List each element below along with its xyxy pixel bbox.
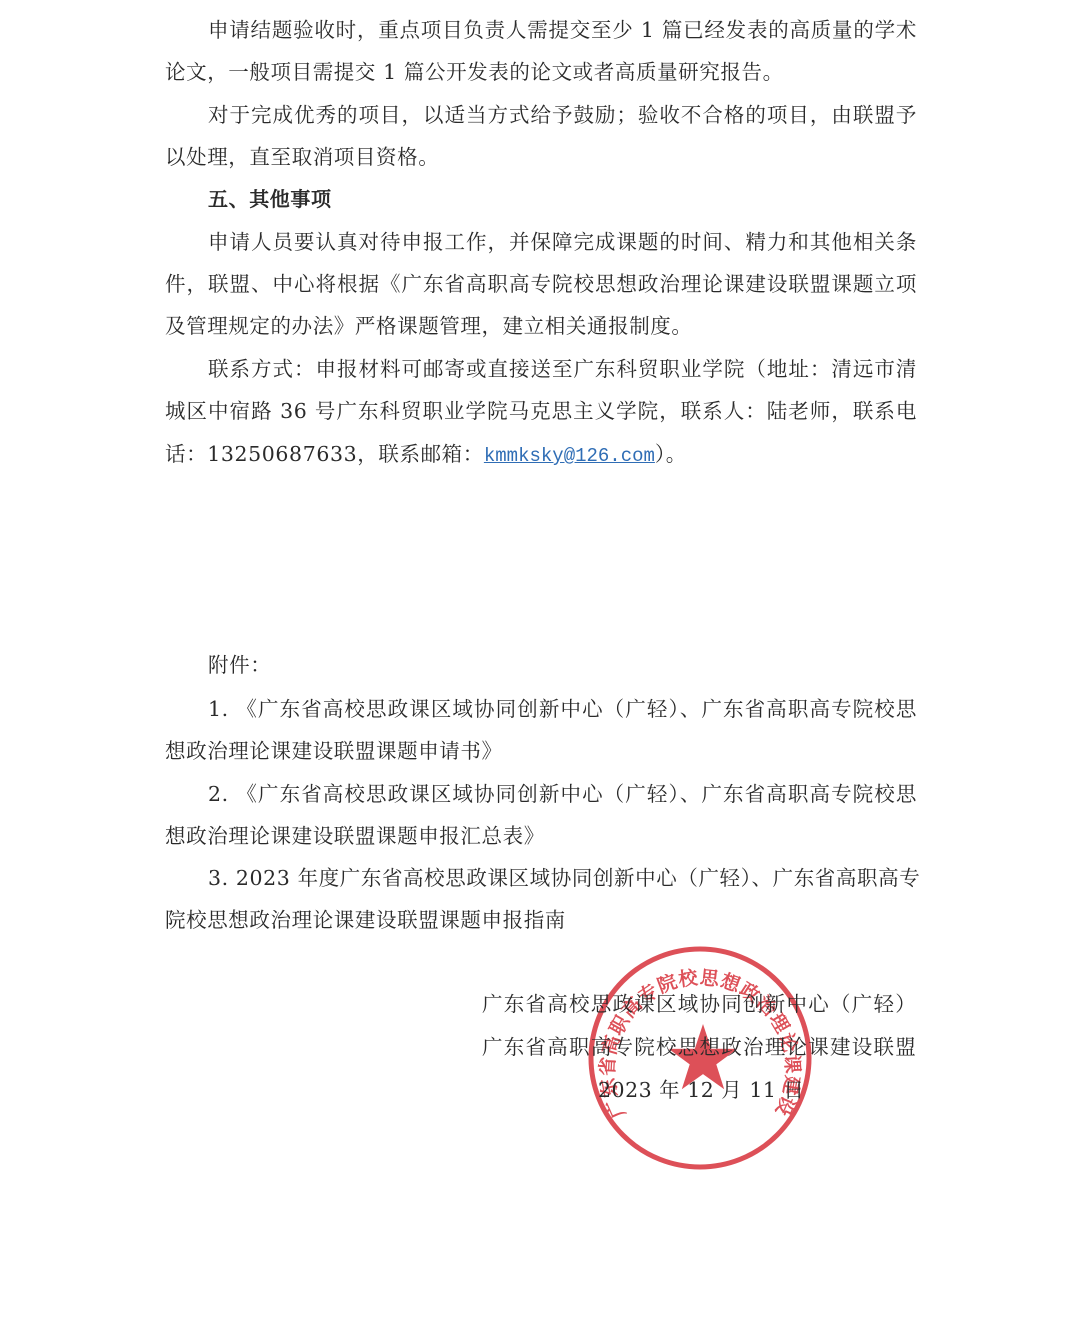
contact-line-3: 话：13250687633，联系邮箱：kmmksky@126.com）。: [165, 440, 917, 468]
contact-phone-text: 话：13250687633，联系邮箱：: [165, 442, 484, 466]
signature-org-2: 广东省高职高专院校思想政治理论课建设联盟: [482, 1033, 917, 1061]
paragraph-acceptance-line-2: 论文，一般项目需提交 1 篇公开发表的论文或者高质量研究报告。: [165, 58, 917, 86]
paragraph-reward-line-1: 对于完成优秀的项目，以适当方式给予鼓励；验收不合格的项目，由联盟予: [165, 101, 917, 129]
attachment-2-line-1: 2. 《广东省高校思政课区域协同创新中心（广轻）、广东省高职高专院校思: [165, 780, 917, 808]
signature-date: 2023 年 12 月 11 日: [598, 1076, 778, 1104]
section-five-heading: 五、其他事项: [165, 185, 917, 213]
contact-email-link[interactable]: kmmksky@126.com: [484, 445, 655, 467]
section-five-para-line-2: 件，联盟、中心将根据《广东省高职高专院校思想政治理论课建设联盟课题立项: [165, 270, 917, 298]
contact-line-1: 联系方式：申报材料可邮寄或直接送至广东科贸职业学院（地址：清远市清: [165, 355, 917, 383]
contact-closing-text: ）。: [655, 442, 687, 466]
attachment-1-line-1: 1. 《广东省高校思政课区域协同创新中心（广轻）、广东省高职高专院校思: [165, 695, 917, 723]
paragraph-acceptance-line-1: 申请结题验收时，重点项目负责人需提交至少 1 篇已经发表的高质量的学术: [165, 16, 917, 44]
paragraph-reward-line-2: 以处理，直至取消项目资格。: [165, 143, 917, 171]
signature-org-1: 广东省高校思政课区域协同创新中心（广轻）: [482, 990, 917, 1018]
attachment-3-line-2: 院校思想政治理论课建设联盟课题申报指南: [165, 906, 917, 934]
contact-line-2: 城区中宿路 36 号广东科贸职业学院马克思主义学院，联系人：陆老师，联系电: [165, 397, 917, 425]
attachment-2-line-2: 想政治理论课建设联盟课题申报汇总表》: [165, 822, 917, 850]
section-five-para-line-3: 及管理规定的办法》严格课题管理，建立相关通报制度。: [165, 312, 917, 340]
attachment-3-line-1: 3. 2023 年度广东省高校思政课区域协同创新中心（广轻）、广东省高职高专: [165, 864, 917, 892]
section-five-para-line-1: 申请人员要认真对待申报工作，并保障完成课题的时间、精力和其他相关条: [165, 228, 917, 256]
attachment-1-line-2: 想政治理论课建设联盟课题申请书》: [165, 737, 917, 765]
attachments-label: 附件：: [165, 651, 917, 679]
